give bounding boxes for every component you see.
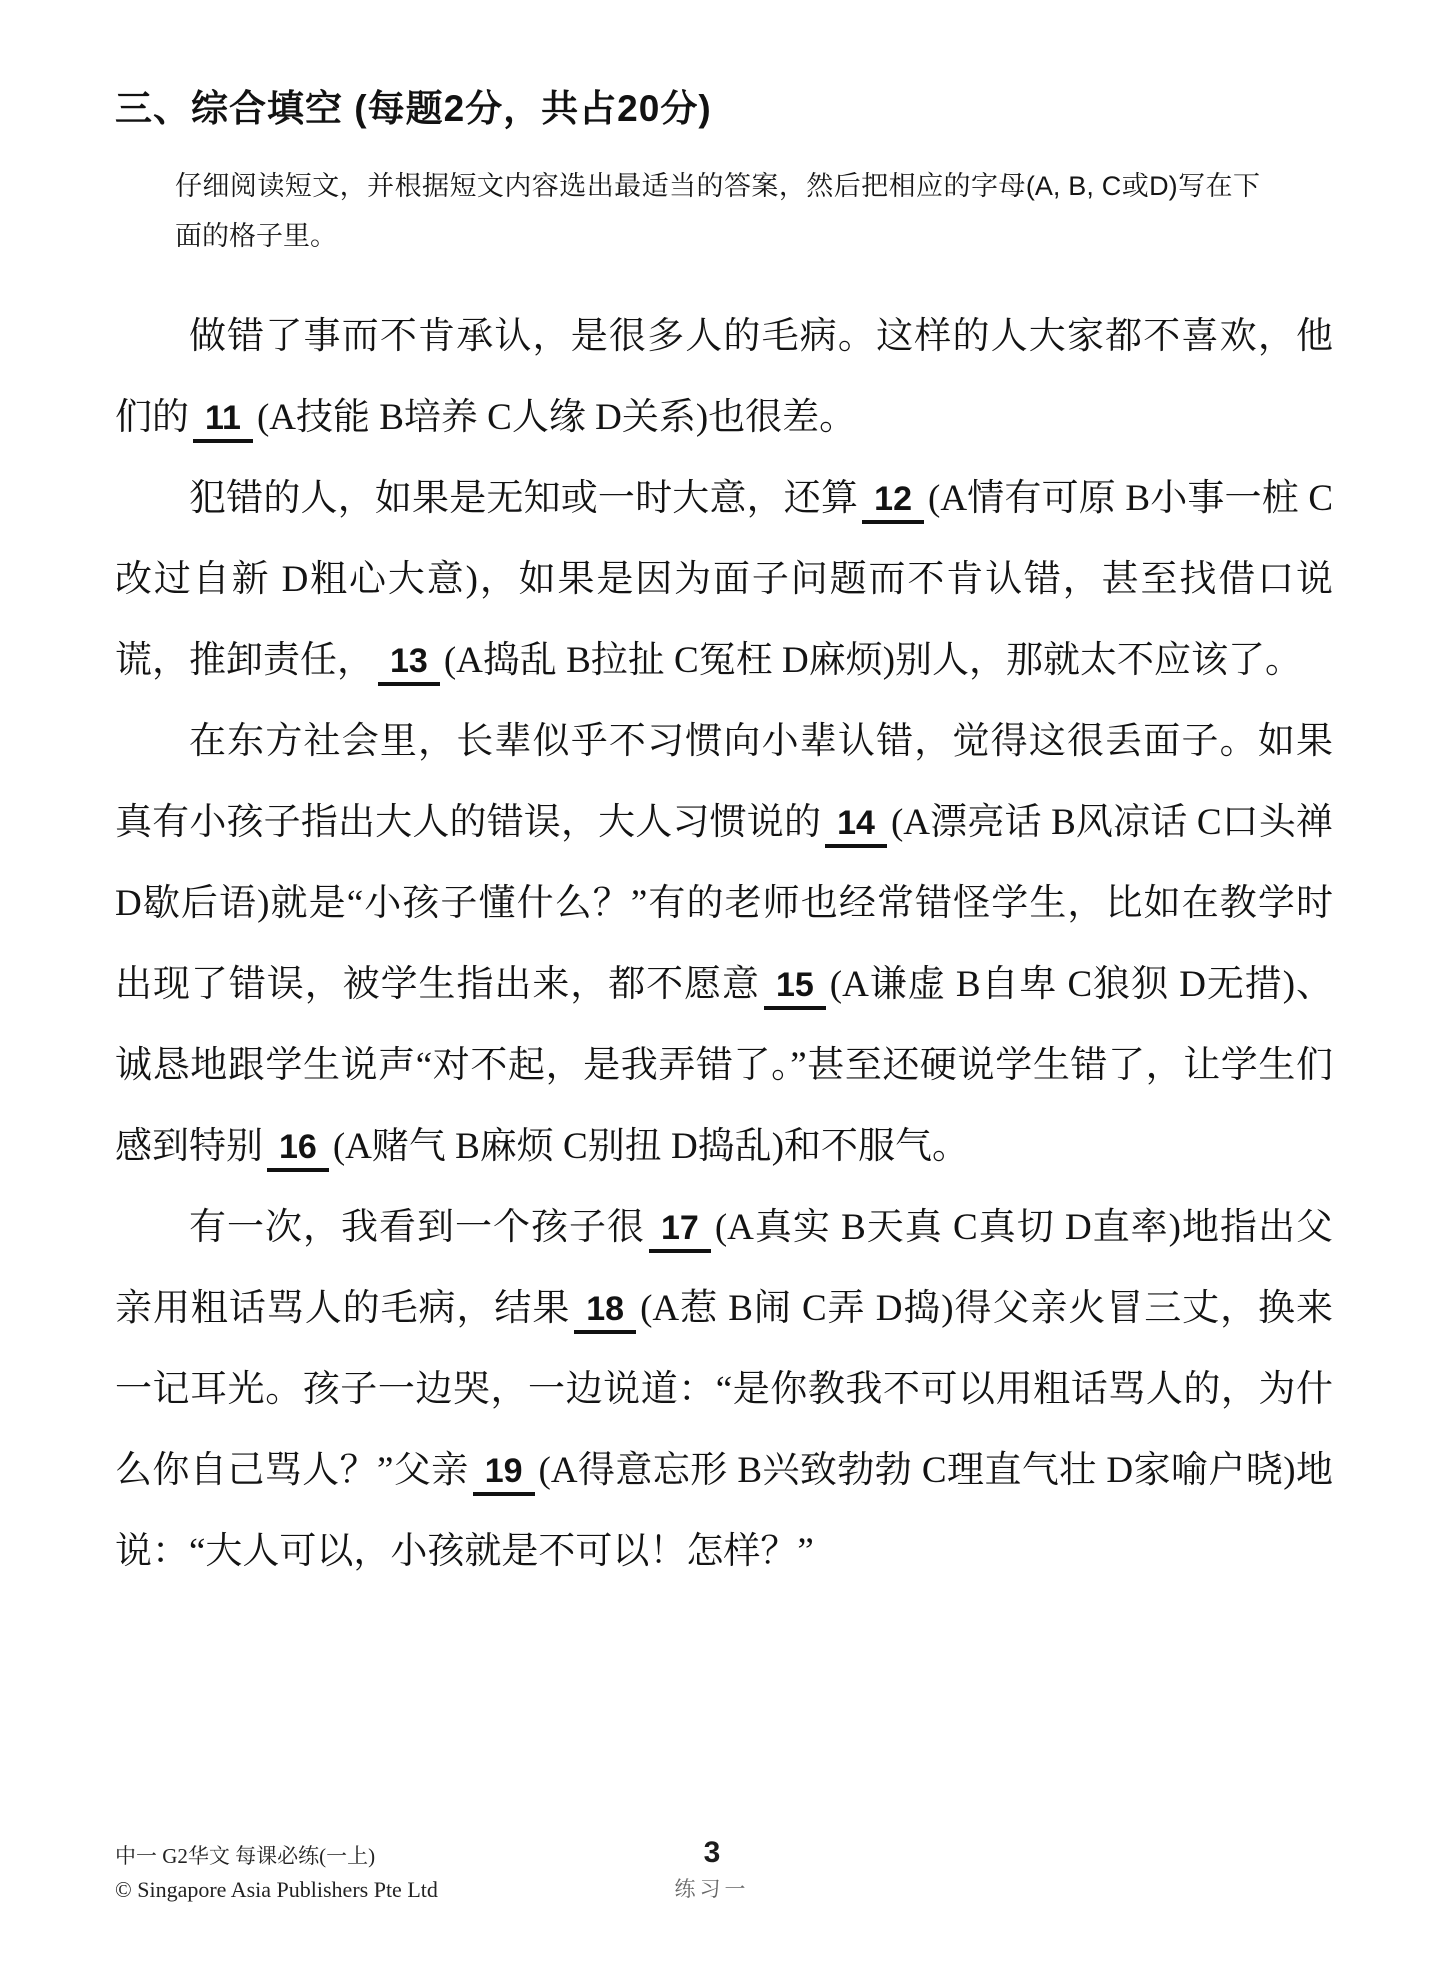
footer-pagination: 3 练习一 [627, 1836, 797, 1903]
passage-text: (A技能 B培养 C人缘 D关系)也很差。 [257, 397, 856, 438]
section-heading: 三、综合填空 (每题2分，共占20分) [115, 78, 1333, 132]
blank-15: 15 [764, 966, 826, 1010]
section-instruction: 仔细阅读短文，并根据短文内容选出最适当的答案，然后把相应的字母(A, B, C或… [175, 162, 1260, 262]
paragraph: 有一次，我看到一个孩子很17(A真实 B天真 C真切 D直率)地指出父亲用粗话骂… [115, 1187, 1333, 1592]
passage-text: (A赌气 B麻烦 C别扭 D捣乱)和不服气。 [333, 1126, 969, 1167]
footer-copyright: © Singapore Asia Publishers Pte Ltd [115, 1873, 438, 1906]
blank-17: 17 [649, 1209, 711, 1253]
passage-text: (A捣乱 B拉扯 C冤枉 D麻烦)别人，那就太不应该了。 [444, 640, 1302, 681]
blank-12: 12 [862, 480, 924, 524]
page-number: 3 [627, 1836, 797, 1869]
exercise-label: 练习一 [627, 1873, 797, 1903]
blank-14: 14 [825, 804, 887, 848]
blank-13: 13 [378, 642, 440, 686]
footer-book-title: 中一 G2华文 每课必练(一上) [115, 1841, 438, 1873]
passage: 做错了事而不肯承认，是很多人的毛病。这样的人大家都不喜欢，他们的11(A技能 B… [115, 296, 1333, 1592]
blank-11: 11 [193, 399, 253, 443]
footer-imprint: 中一 G2华文 每课必练(一上) © Singapore Asia Publis… [115, 1841, 438, 1906]
paragraph: 做错了事而不肯承认，是很多人的毛病。这样的人大家都不喜欢，他们的11(A技能 B… [115, 296, 1333, 458]
paragraph: 在东方社会里，长辈似乎不习惯向小辈认错，觉得这很丢面子。如果真有小孩子指出大人的… [115, 701, 1333, 1187]
paragraph: 犯错的人，如果是无知或一时大意，还算12(A情有可原 B小事一桩 C改过自新 D… [115, 458, 1333, 701]
blank-18: 18 [574, 1290, 636, 1334]
page-content: 三、综合填空 (每题2分，共占20分) 仔细阅读短文，并根据短文内容选出最适当的… [115, 78, 1333, 1592]
passage-text: 有一次，我看到一个孩子很 [189, 1207, 645, 1248]
blank-19: 19 [473, 1452, 535, 1496]
blank-16: 16 [267, 1128, 329, 1172]
scanned-worksheet-page: { "section": { "heading": "三、综合填空 (每题2分，… [0, 0, 1445, 1973]
passage-text: 犯错的人，如果是无知或一时大意，还算 [189, 478, 858, 519]
